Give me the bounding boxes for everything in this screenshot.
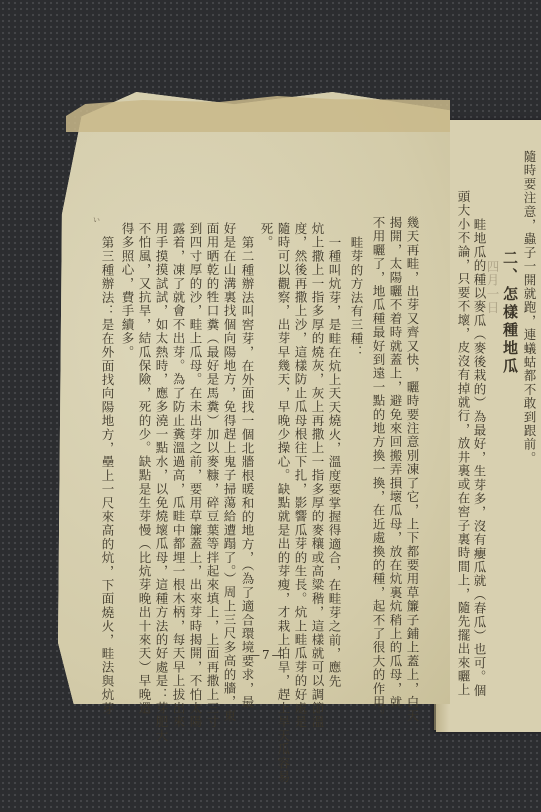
text-column: 到四寸厚的沙，畦上瓜母。在未出芽之前，要用草簾蓋上，出來芽時揭開，不怕太陽 — [188, 222, 202, 729]
text-column: 死。 — [259, 222, 273, 249]
text-column: 不怕風，又抗旱，結瓜保險，死的少。缺點是生芽慢（比炕芽晚出十來天）早晚還 — [137, 222, 151, 715]
right-page-heading: 二、怎樣種地瓜 — [503, 250, 517, 376]
text-column: 第三種辦法：是在外面找向陽地方，壘上一尺來高的炕，下面燒火，畦法與炕芽 — [100, 236, 114, 716]
text-column: 揭開，太陽曬不着時就蓋上，避免來回搬弄損壞瓜母，放在炕裏炕稍上的瓜母，就 — [388, 216, 402, 709]
text-column: 度，然後再撒上沙，這樣防止瓜母根往下扎，影響瓜芽的生長。炕上畦瓜芽的好處是 — [293, 222, 307, 729]
text-column: 不用曬了，地瓜種最好到遠一點的地方換一換，在近處換的種，起不了很大的作用。 — [371, 216, 385, 723]
text-column: 第二種辦法叫窖芽，在外面找一個北牆根暖和的地方，（為了適合環境要求，最 — [240, 236, 254, 709]
right-page-column: 畦地瓜的種以麥瓜（麥後栽的）為最好，生芽多，沒有癭瓜就（春瓜）也可。個 — [472, 218, 486, 698]
text-column: 炕上撒上一指多厚的燒灰，灰上再撒上一指多厚的麥穰或高粱稭，這樣就可以調節溫 — [310, 222, 324, 729]
bleed-through-text: 四月一日 — [485, 260, 499, 315]
text-column: 幾天再畦，出芽又齊又快，曬時要注意別凍了它，上下都要用草簾子鋪上蓋上，白天 — [405, 216, 419, 723]
text-column: 面用晒乾的牲口糞（最好是馬糞）加以麥糠，碎豆葉等拌起來填上，上面再撒上三寸 — [205, 222, 219, 729]
right-page-column: 頭大小不論，只要不壞，皮沒有掉就行，放井裏或在窖子裏時間上，隨先擺出來曬上 — [456, 190, 470, 697]
margin-mark: ぃ — [92, 212, 101, 225]
text-column: 一種叫炕芽，是畦在炕上天天燒火，溫度要掌握得適合，在畦芽之前，應先 — [327, 236, 341, 688]
text-column: 得多照心，費手續多。 — [120, 222, 134, 359]
text-column: 隨時可以觀察，出芽早幾天，早晚少操心。缺點就是出的芽瘦，才栽上怕旱，趕上旱天瓜容… — [276, 222, 290, 784]
text-column: 用手摸摸試試，如太熱時，應多澆一點水，以免燒壞瓜母，這種方法的好處是：芽肥大 — [154, 222, 168, 743]
page-number: —7— — [248, 648, 286, 662]
text-column: 畦芽的方法有三種： — [349, 236, 363, 359]
text-column: 露着，凍了就會不出芽。為了防止糞溫過高，瓜畦中都埋一根木柄，每天早上拔出來 — [171, 222, 185, 729]
text-column: 好是在山溝裏找個向陽地方，免得趕上鬼子掃蕩給遭蹋了。）周上三尺多高的牆，東 — [222, 222, 236, 723]
right-page-edge-column: 隨時要注意，蟲子一開就跑，連蟻蛄都不敢到跟前。 — [522, 150, 536, 465]
